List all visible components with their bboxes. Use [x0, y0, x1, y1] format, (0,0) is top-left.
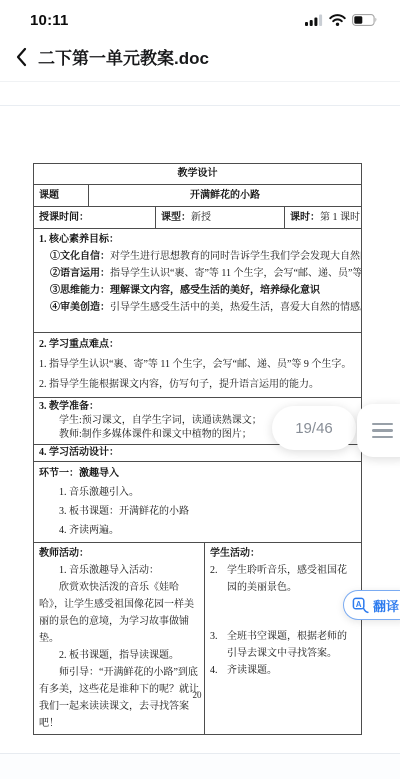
stage-one-cell: 环节一：激趣导入 1. 音乐激趣引入。 3. 板书课题：开满鲜花的小路 4. 齐…	[34, 462, 362, 543]
battery-icon	[352, 14, 378, 26]
lesson-type-label: 课型：	[161, 212, 191, 223]
teacher-paragraph: 2. 板书课题，指导读课题。	[39, 647, 199, 664]
status-icons	[305, 14, 378, 26]
back-chevron-icon[interactable]	[15, 47, 27, 67]
student-item: 3.全班书空课题，根据老师的引导去课文中寻找答案。	[210, 628, 356, 662]
student-item: 2.学生聆听音乐，感受祖国花园的美丽景色。	[210, 562, 356, 596]
goal-item: ③思维能力：理解课文内容，感受生活的美好，培养绿化意识	[39, 282, 356, 299]
key-points-cell: 2. 学习重点难点： 1. 指导学生认识“裹、寄”等 11 个生字，会写“邮、递…	[34, 333, 362, 398]
core-goals-cell: 1. 核心素养目标： ①文化自信：对学生进行思想教育的同时告诉学生我们学会发现大…	[34, 229, 362, 333]
wifi-icon	[329, 14, 346, 26]
svg-text:A: A	[356, 599, 362, 608]
menu-button[interactable]	[357, 404, 400, 457]
goal-item: ①文化自信：对学生进行思想教育的同时告诉学生我们学会发现大自然的美。	[39, 248, 356, 265]
table-title: 教学设计	[34, 164, 362, 185]
translate-button[interactable]: A 翻译	[343, 590, 400, 620]
lesson-type-cell: 课型：新授	[156, 207, 285, 229]
student-item: 4.齐读课题。	[210, 662, 356, 679]
period-label: 课时：	[290, 212, 320, 223]
stage-line: 4. 齐读两遍。	[39, 521, 356, 540]
student-activity-cell: 学生活动： 2.学生聆听音乐，感受祖国花园的美丽景色。 3.全班书空课题，根据老…	[205, 543, 362, 735]
stage-line: 1. 音乐激趣引入。	[39, 483, 356, 502]
student-activity-heading: 学生活动：	[210, 545, 356, 562]
key-points-heading: 2. 学习重点难点：	[39, 335, 356, 355]
core-goals-heading: 1. 核心素养目标：	[39, 231, 356, 248]
teach-time-label: 授课时间：	[34, 207, 156, 229]
teacher-activity-cell: 教师活动： 1. 音乐激趣导入活动： 欣赏欢快活泼的音乐《娃哈哈》，让学生感受祖…	[34, 543, 205, 735]
page-separator-top	[0, 105, 400, 106]
translate-label: 翻译	[373, 596, 399, 615]
key-point-line: 2. 指导学生能根据课文内容，仿写句子，提升语言运用的能力。	[39, 375, 356, 395]
clock: 10:11	[30, 12, 69, 29]
subject-value: 开满鲜花的小路	[89, 185, 362, 207]
period-cell: 课时：第 1 课时	[285, 207, 362, 229]
doc-footer-page-number: 20	[33, 690, 361, 700]
nav-bar: 二下第一单元教案.doc	[0, 32, 400, 82]
document-title: 二下第一单元教案.doc	[38, 44, 209, 69]
cellular-signal-icon	[305, 14, 323, 26]
stage-line: 3. 板书课题：开满鲜花的小路	[39, 502, 356, 521]
translate-icon: A	[352, 597, 369, 614]
next-page-edge	[0, 754, 400, 779]
period-value: 第 1 课时	[320, 212, 360, 223]
goal-item: ②语言运用：指导学生认识“裹、寄”等 11 个生字，会写“邮、递、员”等 9 个…	[39, 265, 356, 282]
page-indicator-bubble: 19/46	[272, 406, 356, 450]
status-bar: 10:11	[0, 0, 400, 32]
teacher-paragraph: 欣赏欢快活泼的音乐《娃哈哈》，让学生感受祖国像花园一样美丽的景色的意境，为学习故…	[39, 579, 199, 647]
subject-label: 课题	[34, 185, 89, 207]
stage-one-heading: 环节一：激趣导入	[39, 464, 356, 483]
lesson-type-value: 新授	[191, 212, 211, 223]
key-point-line: 1. 指导学生认识“裹、寄”等 11 个生字，会写“邮、递、员”等 9 个生字。	[39, 355, 356, 375]
teacher-paragraph: 1. 音乐激趣导入活动：	[39, 562, 199, 579]
goal-item: ④审美创造：引导学生感受生活中的美，热爱生活，喜爱大自然的情感。	[39, 299, 356, 316]
teacher-activity-heading: 教师活动：	[39, 545, 199, 562]
